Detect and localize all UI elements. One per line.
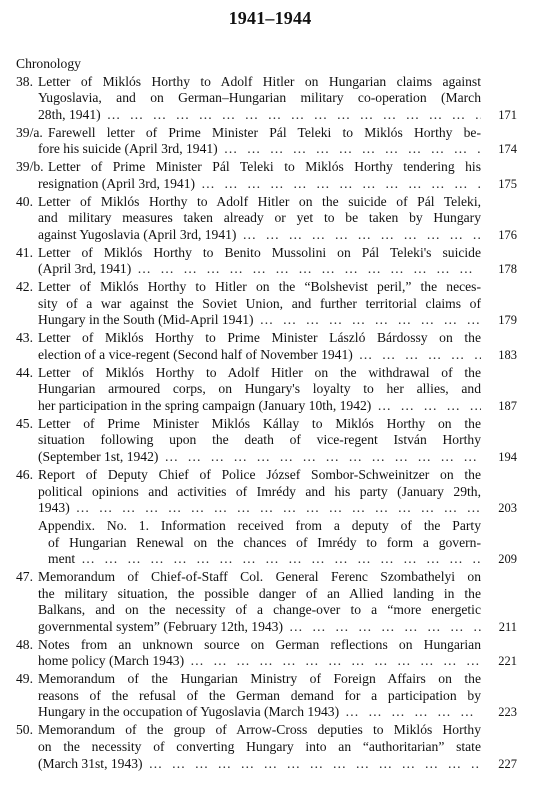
- leader-dots: … … … … … … … … … … … … … … … … … … … …: [254, 312, 481, 329]
- page-number: 209: [493, 551, 517, 568]
- page-number: 187: [493, 398, 517, 415]
- entry-text: Letter of Miklós Horthy to Benito Mussol…: [16, 245, 521, 278]
- entry-text: Memorandum of Chief-of-Staff Col. Genera…: [16, 569, 521, 635]
- entry-number: 39/a.: [16, 125, 43, 142]
- entry-line: (March 31st, 1943)… … … … … … … … … … … …: [38, 756, 481, 773]
- entry-number: 48.: [16, 637, 33, 654]
- toc-entry[interactable]: 38.Letter of Miklós Horthy to Adolf Hitl…: [16, 74, 521, 124]
- leader-dots: … … … … … … … … … … … … … … … … … … … …: [236, 227, 481, 244]
- entry-line: on the necessity of converting Hungary i…: [38, 739, 481, 756]
- entry-line: political opinions and activities of Imr…: [38, 484, 481, 501]
- page-number: 203: [493, 500, 517, 517]
- entry-line: reasons of the refusal of the German dem…: [38, 688, 481, 705]
- leader-dots: … … … … … … … … … … … … … … … … … … … …: [353, 347, 481, 364]
- entry-number: 42.: [16, 279, 33, 296]
- toc-entry[interactable]: 41.Letter of Miklós Horthy to Benito Mus…: [16, 245, 521, 278]
- page-number: 176: [493, 227, 517, 244]
- leader-dots: … … … … … … … … … … … … … … … … … … … …: [158, 449, 481, 466]
- entry-text: Letter of Miklós Horthy to Adolf Hitler …: [16, 74, 521, 124]
- entry-text: Letter of Miklós Horthy to Adolf Hitler …: [16, 194, 521, 244]
- toc-entry[interactable]: Appendix. No. 1. Information received fr…: [16, 518, 521, 568]
- entry-text: Letter of Prime Minister Miklós Kállay t…: [16, 416, 521, 466]
- page-title: 1941–1944: [0, 8, 540, 29]
- entry-number: 46.: [16, 467, 33, 484]
- entry-text: Appendix. No. 1. Information received fr…: [16, 518, 521, 568]
- entry-number: 50.: [16, 722, 33, 739]
- leader-dots: … … … … … … … … … … … … … … … … … … … …: [339, 704, 481, 721]
- entry-line: home policy (March 1943)… … … … … … … … …: [38, 653, 481, 670]
- entry-line: Hungary in the South (Mid-April 1941)… ……: [38, 312, 481, 329]
- entry-line: situation following upon the death of vi…: [38, 432, 481, 449]
- toc-entry[interactable]: 43.Letter of Miklós Horthy to Prime Mini…: [16, 330, 521, 363]
- toc-entry[interactable]: 45.Letter of Prime Minister Miklós Kálla…: [16, 416, 521, 466]
- entry-line: the military situation, the possible dan…: [38, 586, 481, 603]
- entry-line: Letter of Miklós Horthy to Adolf Hitler …: [38, 74, 481, 91]
- entry-line: 28th, 1941)… … … … … … … … … … … … … … ……: [38, 107, 481, 124]
- entry-text: Memorandum of the group of Arrow-Cross d…: [16, 722, 521, 772]
- page-number: 194: [493, 449, 517, 466]
- entry-number: 40.: [16, 194, 33, 211]
- leader-dots: … … … … … … … … … … … … … … … … … … … …: [283, 619, 481, 636]
- entry-line: sity of a war against the Soviet Union, …: [38, 296, 481, 313]
- entry-line: Appendix. No. 1. Information received fr…: [38, 518, 481, 535]
- entry-line: of Hungarian Renewal on the chances of I…: [38, 535, 481, 552]
- leader-dots: … … … … … … … … … … … … … … … … … … … …: [70, 500, 481, 517]
- entry-number: 47.: [16, 569, 33, 586]
- entry-line: Memorandum of the Hungarian Ministry of …: [38, 671, 481, 688]
- entry-line: (September 1st, 1942)… … … … … … … … … ……: [38, 449, 481, 466]
- entry-line: Letter of Miklós Horthy to Adolf Hitler …: [38, 194, 481, 211]
- entry-text: Letter of Miklós Horthy to Adolf Hitler …: [16, 365, 521, 415]
- entry-line: Memorandum of the group of Arrow-Cross d…: [38, 722, 481, 739]
- toc-entries: 38.Letter of Miklós Horthy to Adolf Hitl…: [16, 74, 521, 773]
- toc-entry[interactable]: 44.Letter of Miklós Horthy to Adolf Hitl…: [16, 365, 521, 415]
- page-number: 221: [493, 653, 517, 670]
- entry-number: 44.: [16, 365, 33, 382]
- entry-text: Letter of Prime Minister Pál Teleki to M…: [16, 159, 521, 192]
- entry-number: 38.: [16, 74, 33, 91]
- entry-line: (April 3rd, 1941)… … … … … … … … … … … ……: [38, 261, 481, 278]
- toc-entry[interactable]: 49.Memorandum of the Hungarian Ministry …: [16, 671, 521, 721]
- page-number: 227: [493, 756, 517, 773]
- entry-text: Report of Deputy Chief of Police József …: [16, 467, 521, 517]
- toc-entry[interactable]: 39/b.Letter of Prime Minister Pál Teleki…: [16, 159, 521, 192]
- entry-line: Yugoslavia, and on German–Hungarian mili…: [38, 90, 481, 107]
- entry-line: Letter of Miklós Horthy to Adolf Hitler …: [38, 365, 481, 382]
- entry-line: Report of Deputy Chief of Police József …: [38, 467, 481, 484]
- entry-number: 41.: [16, 245, 33, 262]
- toc-entry[interactable]: 39/a.Farewell letter of Prime Minister P…: [16, 125, 521, 158]
- entry-line: Notes from an unknown source on German r…: [38, 637, 481, 654]
- entry-line: Letter of Miklós Horthy to Hitler on the…: [38, 279, 481, 296]
- leader-dots: … … … … … … … … … … … … … … … … … … … …: [101, 107, 481, 124]
- leader-dots: … … … … … … … … … … … … … … … … … … … …: [131, 261, 481, 278]
- entry-line: her participation in the spring campaign…: [38, 398, 481, 415]
- table-of-contents: Chronology 38.Letter of Miklós Horthy to…: [16, 56, 521, 773]
- entry-text: Letter of Miklós Horthy to Prime Ministe…: [16, 330, 521, 363]
- entry-number: 39/b.: [16, 159, 44, 176]
- entry-line: election of a vice-regent (Second half o…: [38, 347, 481, 364]
- page-number: 179: [493, 312, 517, 329]
- entry-line: 1943)… … … … … … … … … … … … … … … … … ……: [38, 500, 481, 517]
- page-number: 174: [493, 141, 517, 158]
- leader-dots: … … … … … … … … … … … … … … … … … … … …: [195, 176, 481, 193]
- entry-line: Letter of Miklós Horthy to Prime Ministe…: [38, 330, 481, 347]
- entry-line: against Yugoslavia (April 3rd, 1941)… … …: [38, 227, 481, 244]
- entry-number: 49.: [16, 671, 33, 688]
- entry-line: Letter of Miklós Horthy to Benito Mussol…: [38, 245, 481, 262]
- entry-line: ment… … … … … … … … … … … … … … … … … … …: [38, 551, 481, 568]
- entry-line: and military measures taken already or y…: [38, 210, 481, 227]
- entry-line: governmental system” (February 12th, 194…: [38, 619, 481, 636]
- section-label: Chronology: [16, 56, 521, 73]
- leader-dots: … … … … … … … … … … … … … … … … … … … …: [75, 551, 481, 568]
- entry-text: Letter of Miklós Horthy to Hitler on the…: [16, 279, 521, 329]
- toc-entry[interactable]: 50.Memorandum of the group of Arrow-Cros…: [16, 722, 521, 772]
- entry-text: Notes from an unknown source on German r…: [16, 637, 521, 670]
- entry-number: 43.: [16, 330, 33, 347]
- toc-entry[interactable]: 42.Letter of Miklós Horthy to Hitler on …: [16, 279, 521, 329]
- entry-line: Hungary in the occupation of Yugoslavia …: [38, 704, 481, 721]
- entry-text: Farewell letter of Prime Minister Pál Te…: [16, 125, 521, 158]
- toc-entry[interactable]: 46.Report of Deputy Chief of Police Józs…: [16, 467, 521, 517]
- entry-line: Hungarian armoured corps, on Hungary's l…: [38, 381, 481, 398]
- entry-line: Memorandum of Chief-of-Staff Col. Genera…: [38, 569, 481, 586]
- entry-number: 45.: [16, 416, 33, 433]
- entry-line: Farewell letter of Prime Minister Pál Te…: [16, 125, 481, 142]
- entry-line: Balkans, and on the necessity of a chang…: [38, 602, 481, 619]
- entry-line: fore his suicide (April 3rd, 1941)… … … …: [16, 141, 481, 158]
- leader-dots: … … … … … … … … … … … … … … … … … … … …: [143, 756, 481, 773]
- entry-line: Letter of Prime Minister Miklós Kállay t…: [38, 416, 481, 433]
- leader-dots: … … … … … … … … … … … … … … … … … … … …: [371, 398, 481, 415]
- leader-dots: … … … … … … … … … … … … … … … … … … … …: [218, 141, 481, 158]
- page-number: 178: [493, 261, 517, 278]
- page-number: 183: [493, 347, 517, 364]
- toc-entry[interactable]: 48.Notes from an unknown source on Germa…: [16, 637, 521, 670]
- page-number: 223: [493, 704, 517, 721]
- page-number: 211: [493, 619, 517, 636]
- page-number: 175: [493, 176, 517, 193]
- leader-dots: … … … … … … … … … … … … … … … … … … … …: [184, 653, 481, 670]
- entry-line: resignation (April 3rd, 1941)… … … … … ……: [16, 176, 481, 193]
- page-number: 171: [493, 107, 517, 124]
- entry-line: Letter of Prime Minister Pál Teleki to M…: [16, 159, 481, 176]
- toc-entry[interactable]: 40.Letter of Miklós Horthy to Adolf Hitl…: [16, 194, 521, 244]
- toc-entry[interactable]: 47.Memorandum of Chief-of-Staff Col. Gen…: [16, 569, 521, 635]
- entry-text: Memorandum of the Hungarian Ministry of …: [16, 671, 521, 721]
